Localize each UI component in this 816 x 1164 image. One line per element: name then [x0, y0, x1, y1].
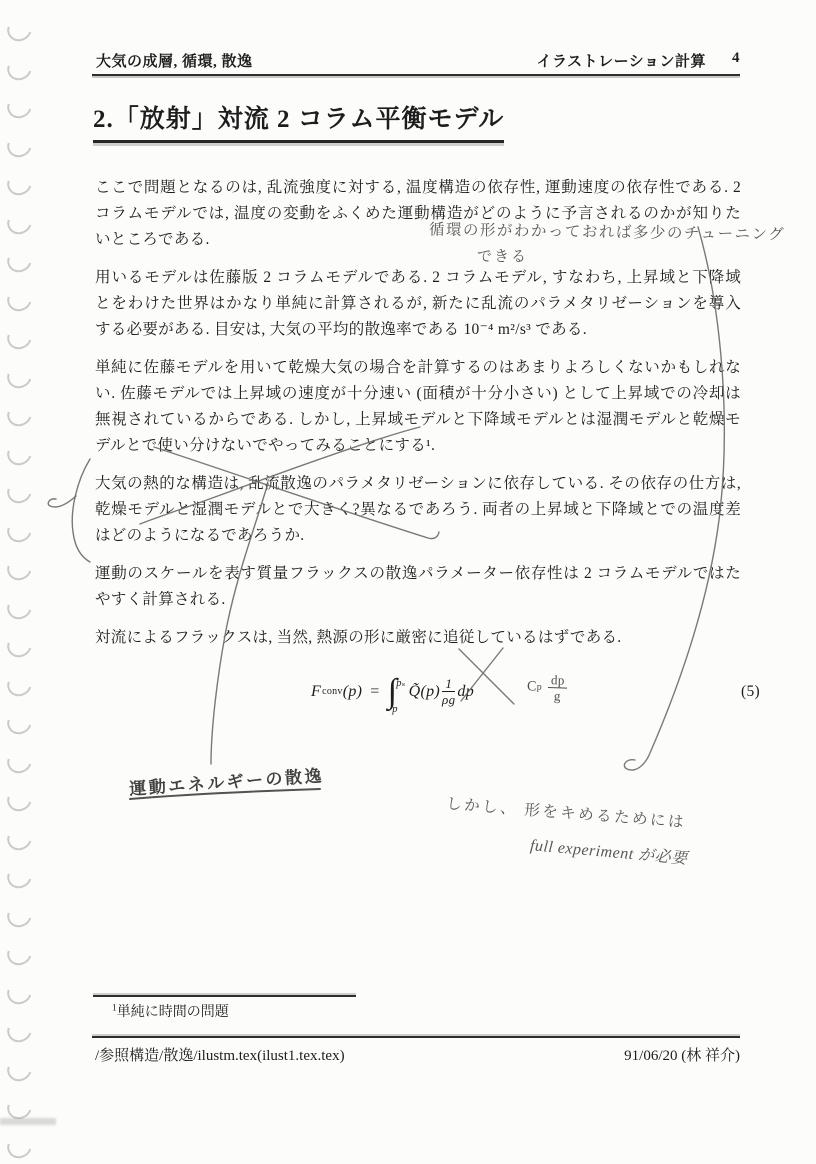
margin-left-arrow [48, 496, 76, 507]
paragraph-6: 対流によるフラックスは, 当然, 熱源の形に厳密に追従しているはずである. [95, 625, 741, 651]
footer-rule [92, 1036, 740, 1038]
binding-hole [3, 13, 36, 45]
binding-hole [3, 1130, 36, 1162]
binding-hole [3, 514, 36, 546]
margin-paren-stroke [72, 459, 90, 562]
binding-hole [3, 129, 36, 161]
handwritten-note-shikashi: しかし、 形をキめるためには [446, 792, 687, 833]
binding-hole [3, 937, 36, 969]
footnote-rule [93, 995, 356, 997]
binding-hole [3, 360, 36, 392]
footnote-text: 単純に時間の問題 [117, 1005, 229, 1020]
binding-hole [3, 437, 36, 469]
binding-hole [3, 860, 36, 892]
equation-body: Fconv(p) = ∫ pₛ p Q̃(p) 1 ρg dp [311, 671, 474, 713]
binding-hole [3, 283, 36, 315]
text-line: とをわけた世界はかなり単純に計算されるが, 新たに乱流のパラメタリゼーションを導… [95, 291, 741, 317]
text-line: する必要がある. 目安は, 大気の平均的散逸率である 10⁻⁴ m²/s³ であ… [95, 317, 741, 343]
differential: dp [457, 679, 474, 705]
text-line: 単純に佐藤モデルを用いて乾燥大気の場合を計算するのはあまりよろしくないかもしれな [95, 355, 741, 381]
equation-5: Fconv(p) = ∫ pₛ p Q̃(p) 1 ρg dp Cp dp g [95, 663, 741, 729]
header-right: イラストレーション計算 4 [537, 50, 740, 71]
handwritten-note-circulation-line2: できる [477, 245, 528, 266]
header-left-title: 大気の成層, 循環, 散逸 [96, 50, 253, 71]
binding-hole [3, 822, 36, 854]
text-line: はどのようになるであろうか. [95, 523, 741, 549]
binding-hole [3, 52, 36, 84]
binding-hole [3, 745, 36, 777]
binding-hole [3, 167, 36, 199]
page-footer: /参照構造/散逸/ilustm.tex(ilust1.tex.tex) 91/0… [95, 1044, 740, 1065]
flux-superscript: conv [322, 679, 343, 705]
binding-hole [3, 321, 36, 353]
binding-hole [3, 783, 36, 815]
header-page-number: 4 [732, 50, 740, 71]
footer-date-author: 91/06/20 (林 祥介) [624, 1044, 740, 1065]
text-line: 大気の熱的な構造は, 乱流散逸のパラメタリゼーションに依存している. その依存の… [95, 471, 741, 497]
footnote: 1単純に時間の問題 [112, 1001, 229, 1021]
text-line: 乾燥モデルと湿潤モデルとで大きく?異なるであろう. 両者の上昇域と下降域とでの温… [95, 497, 741, 523]
header-rule [92, 74, 740, 76]
text-line: ここで問題となるのは, 乱流強度に対する, 温度構造の依存性, 運動速度の依存性… [95, 175, 741, 201]
binding-hole [3, 706, 36, 738]
integral-lower-limit: p [392, 697, 398, 723]
paragraph-3: 単純に佐藤モデルを用いて乾燥大気の場合を計算するのはあまりよろしくないかもしれな… [95, 355, 741, 459]
binding-hole [3, 629, 36, 661]
paragraph-4: 大気の熱的な構造は, 乱流散逸のパラメタリゼーションに依存している. その依存の… [95, 471, 741, 549]
binding-hole [3, 591, 36, 623]
handwritten-note-kinetic-energy-dissipation: 運動エネルギーの散逸 [128, 761, 324, 800]
page-header: 大気の成層, 循環, 散逸 イラストレーション計算 4 [96, 50, 740, 71]
binding-hole [3, 1014, 36, 1046]
binding-hole [3, 1053, 36, 1085]
text-line: 対流によるフラックスは, 当然, 熱源の形に厳密に追従しているはずである. [95, 625, 741, 651]
text-line: い. 佐藤モデルでは上昇域の速度が十分速い (面積が十分小さい) として上昇域で… [95, 381, 741, 407]
text-line: 運動のスケールを表す質量フラックスの散逸パラメーター依存性は 2 コラムモデルで… [95, 561, 741, 587]
scanned-document-page: 大気の成層, 循環, 散逸 イラストレーション計算 4 2.「放射」対流 2 コ… [0, 0, 816, 1164]
binding-hole [3, 206, 36, 238]
footer-file-path: /参照構造/散逸/ilustm.tex(ilust1.tex.tex) [95, 1044, 345, 1065]
handwritten-note-full-experiment: full experiment が必要 [529, 832, 688, 869]
section-title: 2.「放射」対流 2 コラム平衡モデル [93, 99, 504, 143]
integrand: Q̃(p) [409, 679, 440, 705]
body-text: ここで問題となるのは, 乱流強度に対する, 温度構造の依存性, 運動速度の依存性… [95, 175, 741, 729]
binding-hole [3, 899, 36, 931]
integral-upper-limit: pₛ [396, 671, 405, 697]
binding-hole [3, 976, 36, 1008]
header-right-title: イラストレーション計算 [537, 50, 706, 71]
binding-hole [3, 90, 36, 122]
binding-hole [3, 398, 36, 430]
scan-smudge [0, 1118, 56, 1125]
equation-number: (5) [741, 679, 760, 705]
binding-hole [3, 475, 36, 507]
paragraph-5: 運動のスケールを表す質量フラックスの散逸パラメーター依存性は 2 コラムモデルで… [95, 561, 741, 613]
equals-sign: = [370, 679, 379, 705]
integral-limits: pₛ p [396, 671, 405, 713]
flux-argument: (p) [343, 679, 363, 705]
text-line: 無視されているからである. しかし, 上昇域モデルと下降域モデルとは湿潤モデルと… [95, 407, 741, 433]
flux-symbol: F [311, 679, 321, 705]
text-line: 用いるモデルは佐藤版 2 コラムモデルである. 2 コラムモデル, すなわち, … [95, 265, 741, 291]
binding-hole [3, 244, 36, 276]
paragraph-2: 用いるモデルは佐藤版 2 コラムモデルである. 2 コラムモデル, すなわち, … [95, 265, 741, 343]
handwritten-equation-correction: Cp dp g [526, 672, 569, 703]
handwritten-fraction-dp-over-g: dp g [547, 673, 568, 704]
fraction-one-over-rho-g: 1 ρg [442, 677, 455, 707]
binding-hole [3, 552, 36, 584]
binding-hole [3, 668, 36, 700]
text-line: デルとで使い分けないでやってみることにする¹. [95, 433, 741, 459]
text-line: やすく計算される. [95, 587, 741, 613]
